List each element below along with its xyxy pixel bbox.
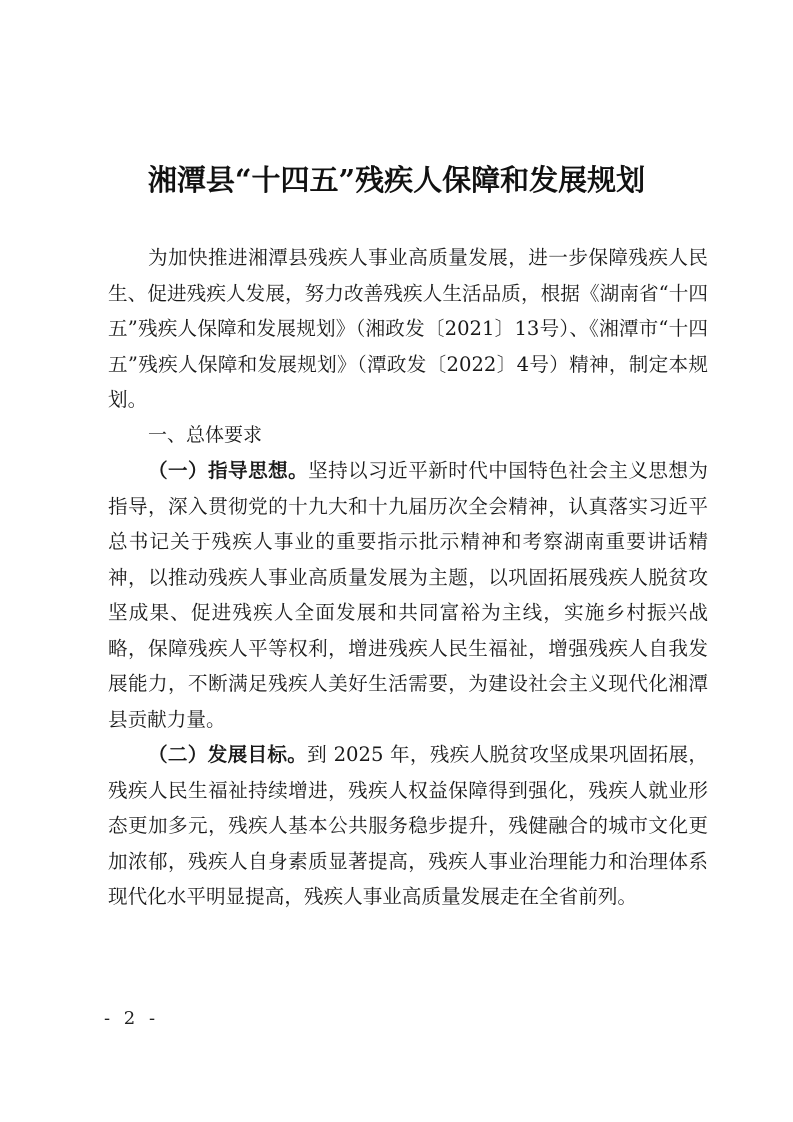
section-heading-general-requirements: 一、总体要求 [108,418,708,454]
development-goals-lead: （二）发展目标。 [148,743,307,766]
intro-paragraph: 为加快推进湘潭县残疾人事业高质量发展，进一步保障残疾人民生、促进残疾人发展，努力… [108,240,708,418]
guiding-ideology-lead: （一）指导思想。 [148,459,308,482]
document-title: 湘潭县“十四五”残疾人保障和发展规划 [0,158,793,199]
development-goals-paragraph: （二）发展目标。到 2025 年，残疾人脱贫攻坚成果巩固拓展，残疾人民生福祉持续… [108,737,708,915]
guiding-ideology-text: 坚持以习近平新时代中国特色社会主义思想为指导，深入贯彻党的十九大和十九届历次全会… [108,459,708,731]
guiding-ideology-paragraph: （一）指导思想。坚持以习近平新时代中国特色社会主义思想为指导，深入贯彻党的十九大… [108,453,708,737]
page-number: - 2 - [104,1008,159,1029]
document-body: 为加快推进湘潭县残疾人事业高质量发展，进一步保障残疾人民生、促进残疾人发展，努力… [108,240,708,915]
document-page: 湘潭县“十四五”残疾人保障和发展规划 为加快推进湘潭县残疾人事业高质量发展，进一… [0,0,793,1122]
development-goals-text: 到 2025 年，残疾人脱贫攻坚成果巩固拓展，残疾人民生福祉持续增进，残疾人权益… [108,743,708,908]
